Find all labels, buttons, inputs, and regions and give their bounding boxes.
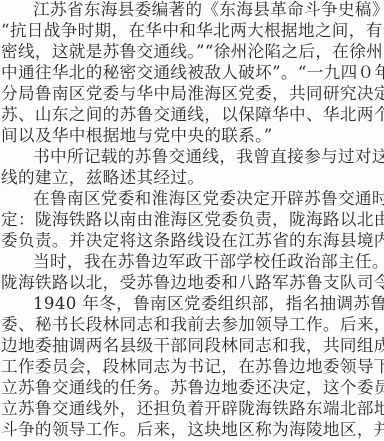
text-line: 中通往华北的秘密交通线被敌人破坏”。“一九四０年后，山东 — [1, 62, 384, 84]
text-line: 书中所记载的苏鲁交通线，我曾直接参与过对这条交通 — [33, 146, 384, 168]
text-line: 分局鲁南区党委与华中局淮海区党委，共同研究决定开辟江 — [1, 83, 384, 105]
text-line: 斗争的领导工作。后来，这块地区称为海陵地区，并成立了海 — [1, 419, 384, 441]
text-line: 委负责。并决定将这条路线设在江苏省的东海县境内。 — [1, 230, 384, 252]
text-line: 委、秘书长段林同志和我前去参加领导工作。后来，又由苏鲁 — [1, 314, 384, 336]
text-line: 密线，这就是苏鲁交通线。”“徐州沦陷之后，在徐州附近从华 — [1, 41, 384, 63]
text-line: 江苏省东海县委编著的《东海县革命斗争史稿》中记载： — [33, 0, 384, 21]
text-line: 工作委员会，段林同志为书记，在苏鲁边地委领导下，完成建 — [1, 356, 384, 378]
text-line: 苏、山东之间的苏鲁交通线，以保障华中、华北两个根据地之 — [1, 104, 384, 126]
text-line: 1940 年冬，鲁南区党委组织部，指名抽调苏鲁边地委常 — [33, 293, 384, 315]
text-line: “抗日战争时期，在华中和华北两大根据地之间，有着一条秘 — [1, 20, 384, 42]
scanned-document-page: 江苏省东海县委编著的《东海县革命斗争史稿》中记载： “抗日战争时期，在华中和华北… — [0, 0, 384, 441]
text-line: 当时，我在苏鲁边军政干部学校任政治部主任。学校驻在 — [33, 251, 384, 273]
text-line: 线的建立，兹略述其经过。 — [1, 167, 384, 189]
text-line: 间以及华中根据地与党中央的联系。” — [1, 125, 384, 147]
text-line: 立苏鲁交通线的任务。苏鲁边地委还决定，这个委员会，除建 — [1, 377, 384, 399]
text-line: 在鲁南区党委和淮海区党委决定开辟苏鲁交通时，还决 — [33, 188, 384, 210]
text-line: 立苏鲁交通线外，还担负着开辟陇海铁路东端北部地区抗日 — [1, 398, 384, 420]
text-line: 陇海铁路以北，受苏鲁边地委和八路军苏鲁支队司令部领导。 — [1, 272, 384, 294]
text-line: 边地委抽调两名县级干部同段林同志和我，共同组成了一个 — [1, 335, 384, 357]
text-line: 定：陇海铁路以南由淮海区党委负责，陇海路以北由鲁南区党 — [1, 209, 384, 231]
